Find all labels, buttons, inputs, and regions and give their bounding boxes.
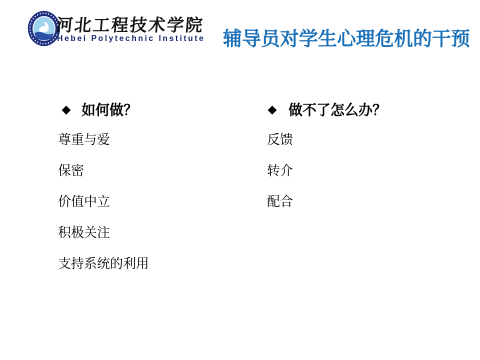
column-if-cannot-items: 反馈 转介 配合 [267, 133, 293, 226]
list-item: 转介 [267, 164, 293, 195]
column-how-to-items: 尊重与爱 保密 价值中立 积极关注 支持系统的利用 [58, 133, 149, 288]
list-item: 尊重与爱 [58, 133, 149, 164]
list-item: 积极关注 [58, 226, 149, 257]
institute-name-zh: 河北工程技术学院 [55, 11, 205, 36]
slide: 河北工程技术学院 Hebei Polytechnic Institute 辅导员… [0, 0, 480, 360]
column-header-how-to: ◆ 如何做？ [62, 100, 137, 120]
slide-title: 辅导员对学生心理危机的干预 [223, 24, 470, 51]
list-item: 价值中立 [58, 195, 149, 226]
diamond-bullet-icon: ◆ [62, 105, 70, 116]
list-item: 保密 [58, 164, 149, 195]
institute-name-en: Hebei Polytechnic Institute [57, 34, 205, 43]
list-item: 配合 [267, 195, 293, 226]
column-header-label: 做不了怎么办？ [288, 100, 386, 120]
list-item: 反馈 [267, 133, 293, 164]
column-header-label: 如何做？ [81, 100, 137, 120]
column-header-if-cannot: ◆ 做不了怎么办？ [268, 100, 386, 120]
list-item: 支持系统的利用 [58, 257, 149, 288]
diamond-bullet-icon: ◆ [268, 105, 276, 116]
